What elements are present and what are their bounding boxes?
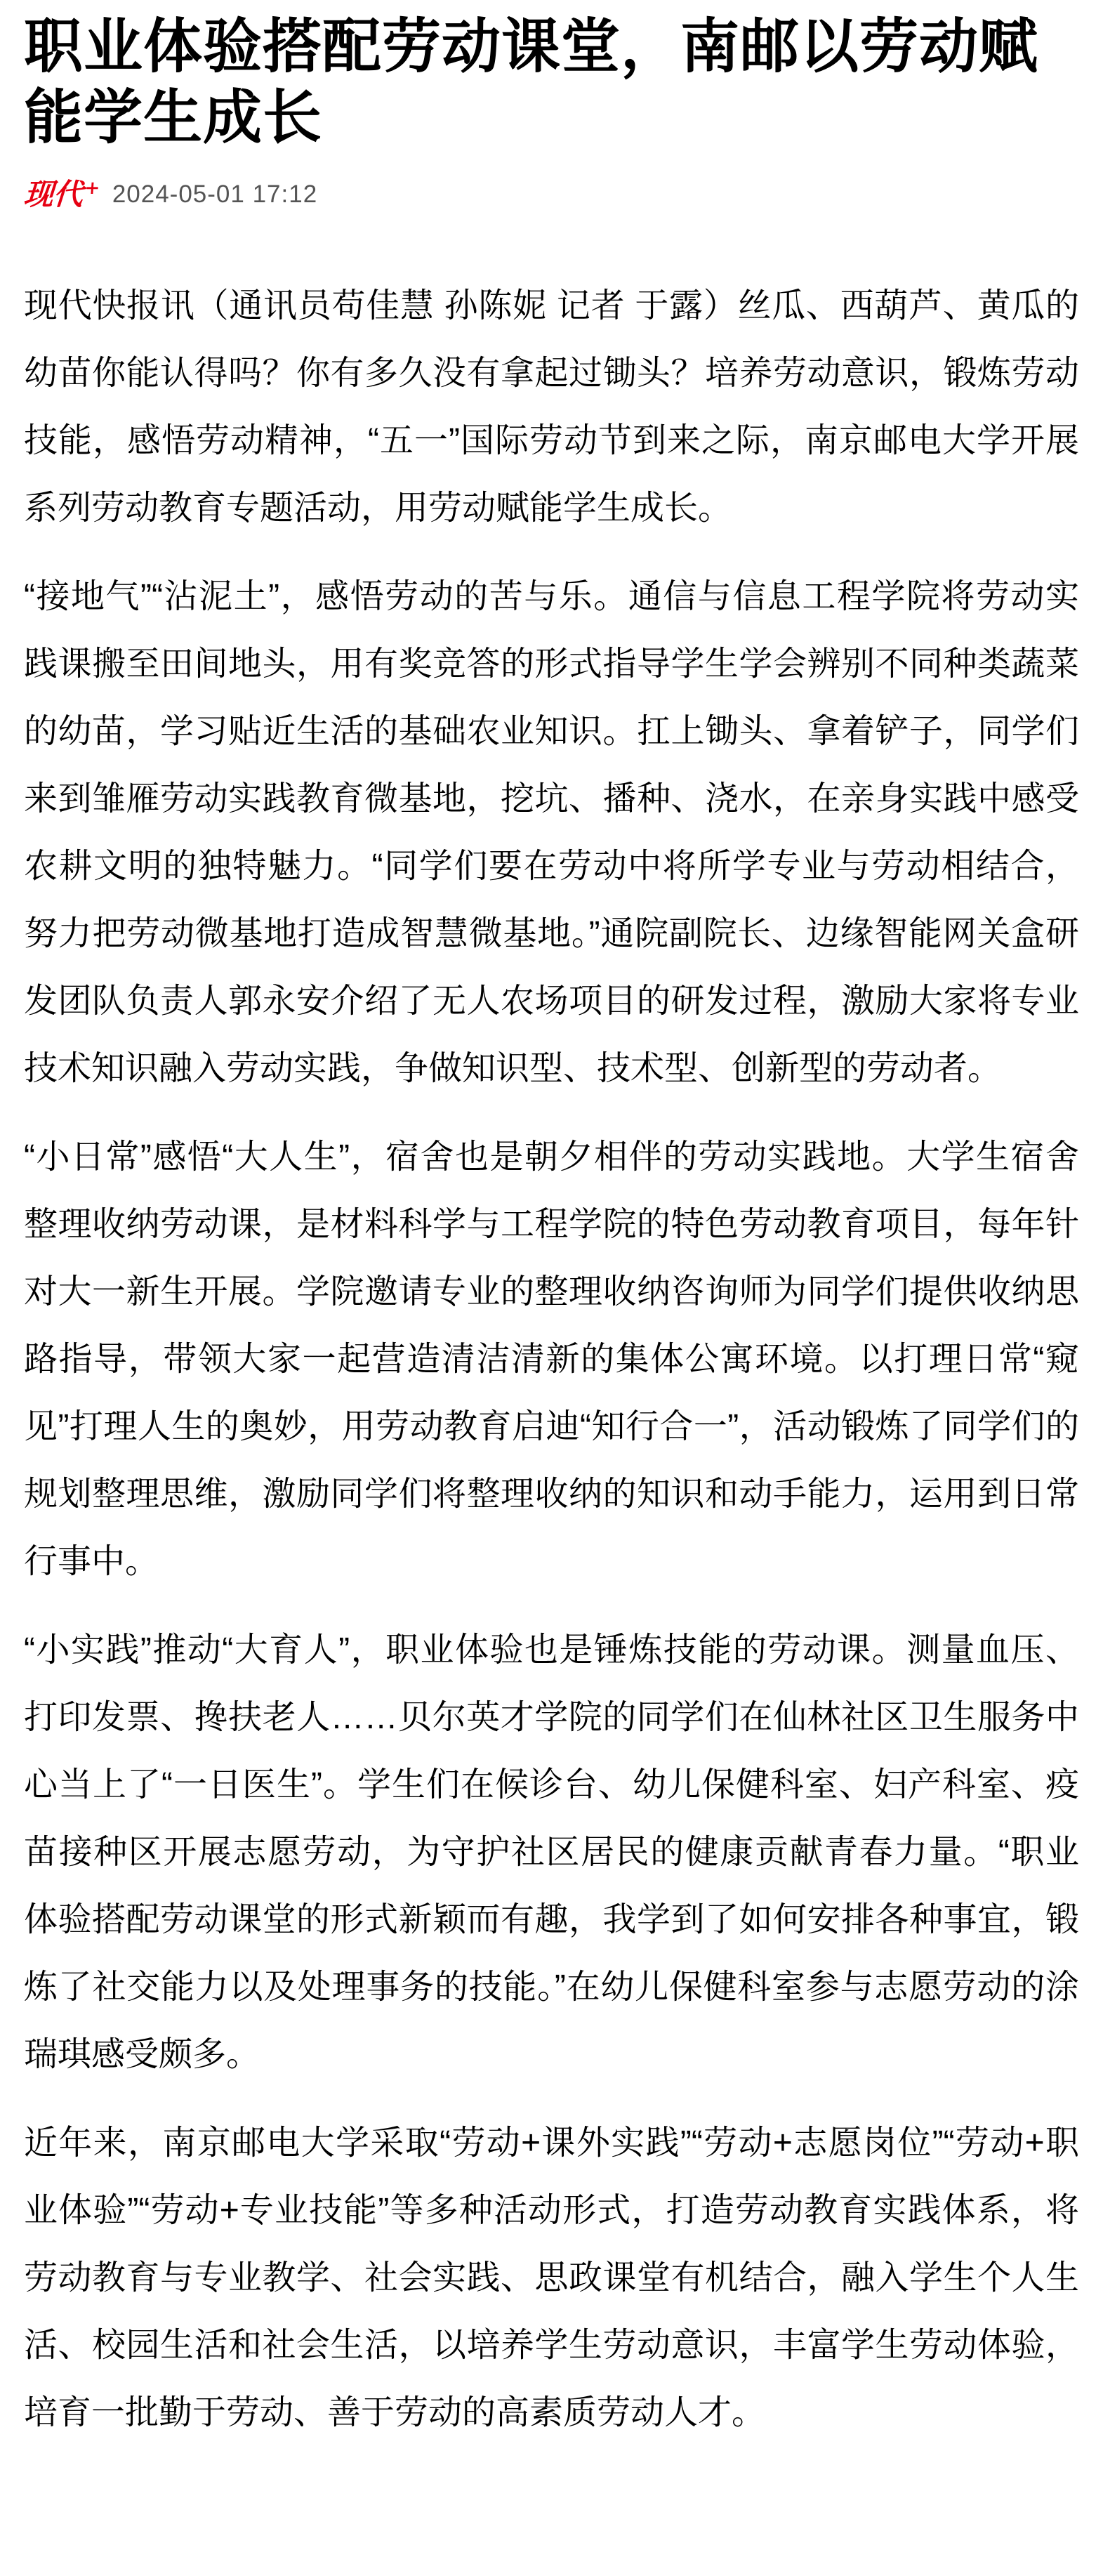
publish-time: 2024-05-01 17:12 (112, 182, 317, 206)
modern-express-logo-plus: + (84, 178, 101, 199)
paragraph-3: “小日常”感悟“大人生”，宿舍也是朝夕相伴的劳动实践地。大学生宿舍整理收纳劳动课… (24, 1124, 1079, 1596)
article-page: 职业体验搭配劳动课堂，南邮以劳动赋能学生成长 现代+ 2024-05-01 17… (0, 0, 1103, 2576)
paragraph-1: 现代快报讯（通讯员苟佳慧 孙陈妮 记者 于露）丝瓜、西葫芦、黄瓜的幼苗你能认得吗… (24, 272, 1079, 542)
paragraph-2: “接地气”“沾泥土”，感悟劳动的苦与乐。通信与信息工程学院将劳动实践课搬至田间地… (24, 563, 1079, 1103)
paragraph-4: “小实践”推动“大育人”，职业体验也是锤炼技能的劳动课。测量血压、打印发票、搀扶… (24, 1617, 1079, 2089)
modern-express-logo: 现代+ (22, 179, 100, 209)
article-meta: 现代+ 2024-05-01 17:12 (24, 178, 1079, 211)
article-body: 现代快报讯（通讯员苟佳慧 孙陈妮 记者 于露）丝瓜、西葫芦、黄瓜的幼苗你能认得吗… (24, 272, 1079, 2447)
modern-express-logo-text: 现代 (22, 177, 84, 211)
paragraph-5: 近年来，南京邮电大学采取“劳动+课外实践”“劳动+志愿岗位”“劳动+职业体验”“… (24, 2110, 1079, 2447)
article-title: 职业体验搭配劳动课堂，南邮以劳动赋能学生成长 (24, 11, 1079, 153)
